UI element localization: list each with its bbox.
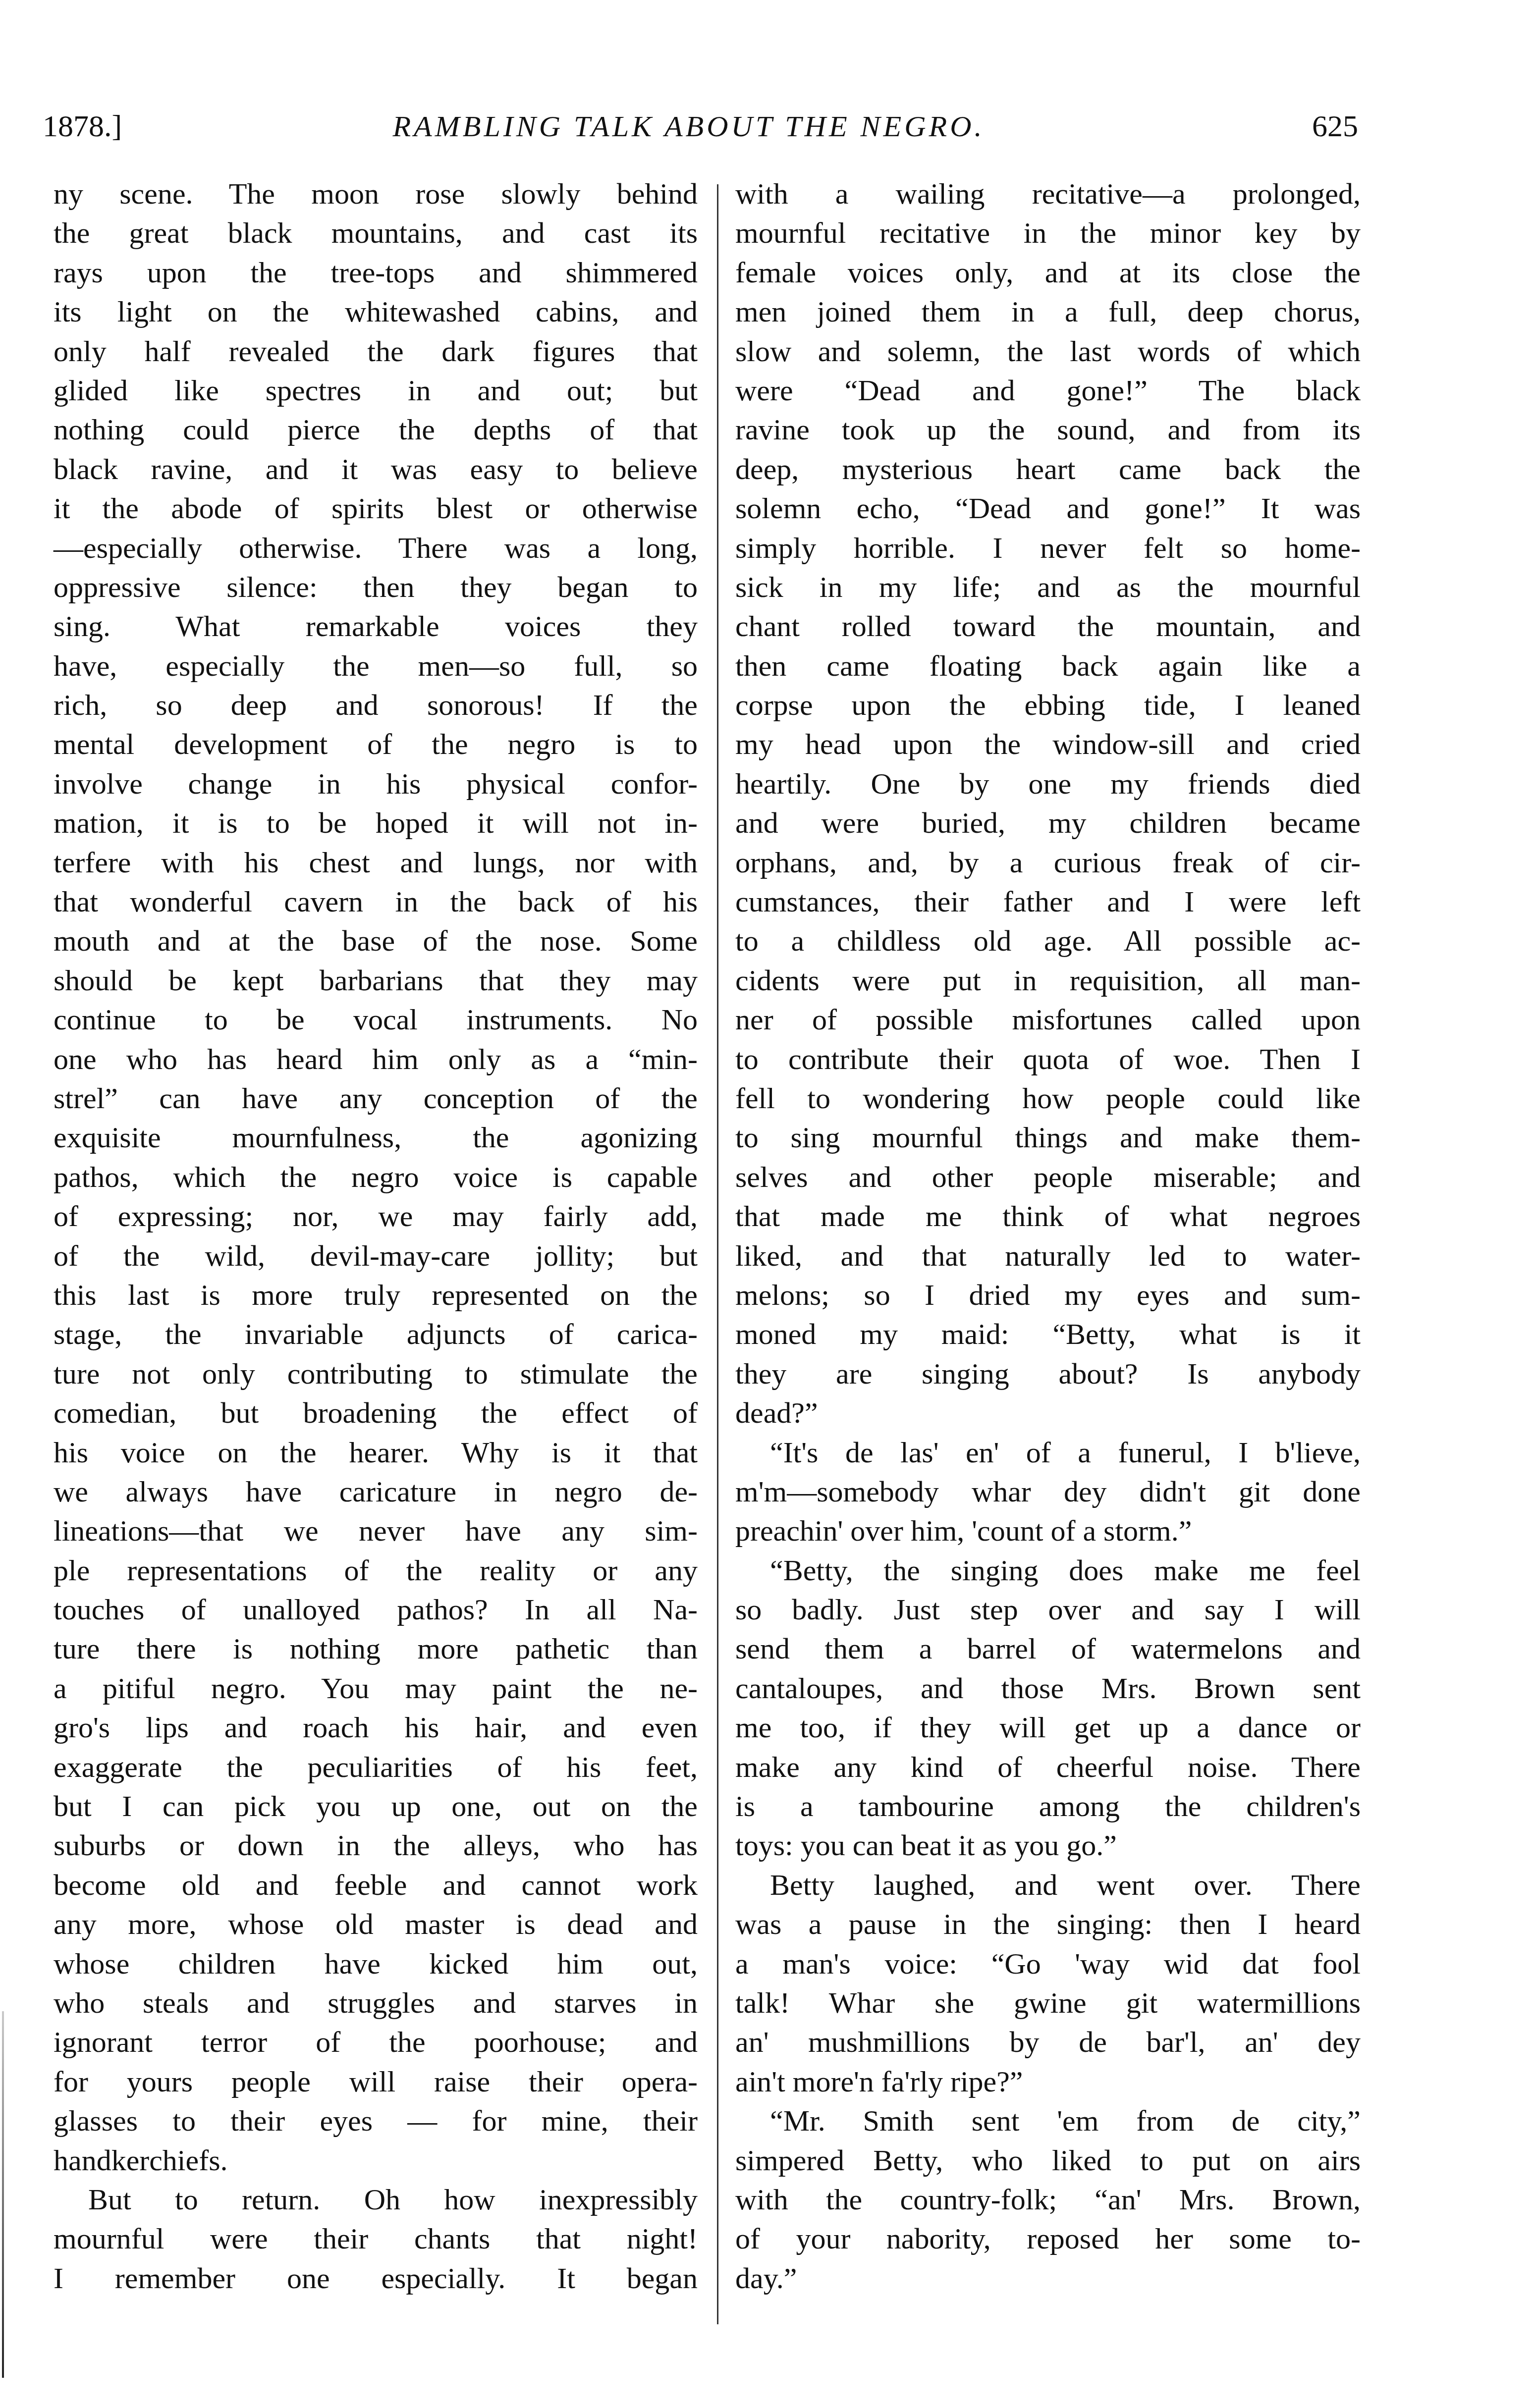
text-line: nothing could pierce the depths of that bbox=[54, 410, 698, 449]
text-line: rays upon the tree-tops and shimmered bbox=[54, 253, 698, 292]
text-line: cantaloupes, and those Mrs. Brown sent bbox=[735, 1669, 1361, 1708]
text-line: “It's de las' en' of a funerul, I b'liev… bbox=[735, 1433, 1361, 1472]
right-text-column: with a wailing recitative—a prolonged,mo… bbox=[735, 174, 1361, 2298]
text-line: have, especially the men—so full, so bbox=[54, 646, 698, 686]
left-text-column: ny scene. The moon rose slowly behindthe… bbox=[54, 174, 698, 2298]
text-line: with a wailing recitative—a prolonged, bbox=[735, 174, 1361, 214]
text-line: strel” can have any conception of the bbox=[54, 1079, 698, 1118]
binding-edge-line bbox=[2, 2011, 4, 2378]
text-line: liked, and that naturally led to water- bbox=[735, 1236, 1361, 1276]
text-line: comedian, but broadening the effect of bbox=[54, 1393, 698, 1433]
text-line: a man's voice: “Go 'way wid dat fool bbox=[735, 1944, 1361, 1983]
text-line: —especially otherwise. There was a long, bbox=[54, 529, 698, 568]
text-line: touches of unalloyed pathos? In all Na- bbox=[54, 1590, 698, 1629]
page-number: 625 bbox=[1312, 102, 1358, 151]
text-line: orphans, and, by a curious freak of cir- bbox=[735, 843, 1361, 882]
text-line: is a tambourine among the children's bbox=[735, 1787, 1361, 1826]
text-line: with the country-folk; “an' Mrs. Brown, bbox=[735, 2180, 1361, 2219]
text-line: involve change in his physical confor- bbox=[54, 764, 698, 803]
text-line: my head upon the window-sill and cried bbox=[735, 725, 1361, 764]
text-line: men joined them in a full, deep chorus, bbox=[735, 292, 1361, 331]
text-line: cidents were put in requisition, all man… bbox=[735, 961, 1361, 1000]
text-line: mation, it is to be hoped it will not in… bbox=[54, 803, 698, 843]
text-line: whose children have kicked him out, bbox=[54, 1944, 698, 1983]
text-line: ner of possible misfortunes called upon bbox=[735, 1000, 1361, 1039]
text-line: slow and solemn, the last words of which bbox=[735, 332, 1361, 371]
text-line: lineations—that we never have any sim- bbox=[54, 1511, 698, 1551]
text-line: mouth and at the base of the nose. Some bbox=[54, 921, 698, 961]
text-line: that made me think of what negroes bbox=[735, 1197, 1361, 1236]
text-line: But to return. Oh how inexpressibly bbox=[54, 2180, 698, 2219]
text-line: fell to wondering how people could like bbox=[735, 1079, 1361, 1118]
text-line: only half revealed the dark figures that bbox=[54, 332, 698, 371]
text-line: toys: you can beat it as you go.” bbox=[735, 1826, 1361, 1865]
text-line: so badly. Just step over and say I will bbox=[735, 1590, 1361, 1629]
text-line: that wonderful cavern in the back of his bbox=[54, 882, 698, 921]
text-line: mournful recitative in the minor key by bbox=[735, 214, 1361, 253]
text-line: day.” bbox=[735, 2259, 1361, 2298]
text-line: sing. What remarkable voices they bbox=[54, 607, 698, 646]
text-line: “Mr. Smith sent 'em from de city,” bbox=[735, 2101, 1361, 2140]
text-line: heartily. One by one my friends died bbox=[735, 764, 1361, 803]
text-line: the great black mountains, and cast its bbox=[54, 214, 698, 253]
text-line: to contribute their quota of woe. Then I bbox=[735, 1040, 1361, 1079]
text-line: pathos, which the negro voice is capable bbox=[54, 1158, 698, 1197]
text-line: should be kept barbarians that they may bbox=[54, 961, 698, 1000]
text-line: it the abode of spirits blest or otherwi… bbox=[54, 489, 698, 528]
text-line: exaggerate the peculiarities of his feet… bbox=[54, 1748, 698, 1787]
text-line: ple representations of the reality or an… bbox=[54, 1551, 698, 1590]
text-line: for yours people will raise their opera- bbox=[54, 2062, 698, 2101]
text-line: simply horrible. I never felt so home- bbox=[735, 529, 1361, 568]
running-header: 1878.] RAMBLING TALK ABOUT THE NEGRO. 62… bbox=[0, 102, 1536, 151]
text-line: ture not only contributing to stimulate … bbox=[54, 1354, 698, 1393]
text-line: of the wild, devil-may-care jollity; but bbox=[54, 1236, 698, 1276]
text-line: continue to be vocal instruments. No bbox=[54, 1000, 698, 1039]
text-line: me too, if they will get up a dance or bbox=[735, 1708, 1361, 1747]
text-line: Betty laughed, and went over. There bbox=[735, 1866, 1361, 1905]
text-line: this last is more truly represented on t… bbox=[54, 1276, 698, 1315]
text-line: mental development of the negro is to bbox=[54, 725, 698, 764]
text-line: m'm—somebody whar dey didn't git done bbox=[735, 1472, 1361, 1511]
text-line: one who has heard him only as a “min- bbox=[54, 1040, 698, 1079]
text-line: dead?” bbox=[735, 1393, 1361, 1433]
text-line: but I can pick you up one, out on the bbox=[54, 1787, 698, 1826]
text-line: “Betty, the singing does make me feel bbox=[735, 1551, 1361, 1590]
header-title: RAMBLING TALK ABOUT THE NEGRO. bbox=[0, 102, 1377, 151]
text-line: its light on the whitewashed cabins, and bbox=[54, 292, 698, 331]
text-line: black ravine, and it was easy to believe bbox=[54, 450, 698, 489]
text-line: stage, the invariable adjuncts of carica… bbox=[54, 1315, 698, 1354]
text-line: moned my maid: “Betty, what is it bbox=[735, 1315, 1361, 1354]
text-line: selves and other people miserable; and bbox=[735, 1158, 1361, 1197]
text-line: gro's lips and roach his hair, and even bbox=[54, 1708, 698, 1747]
text-line: we always have caricature in negro de- bbox=[54, 1472, 698, 1511]
text-line: an' mushmillions by de bar'l, an' dey bbox=[735, 2023, 1361, 2062]
text-line: suburbs or down in the alleys, who has bbox=[54, 1826, 698, 1865]
text-line: were “Dead and gone!” The black bbox=[735, 371, 1361, 410]
text-line: talk! Whar she gwine git watermillions bbox=[735, 1983, 1361, 2023]
text-line: simpered Betty, who liked to put on airs bbox=[735, 2141, 1361, 2180]
text-line: and were buried, my children became bbox=[735, 803, 1361, 843]
text-line: ny scene. The moon rose slowly behind bbox=[54, 174, 698, 214]
text-line: chant rolled toward the mountain, and bbox=[735, 607, 1361, 646]
text-line: glided like spectres in and out; but bbox=[54, 371, 698, 410]
text-line: to sing mournful things and make them- bbox=[735, 1118, 1361, 1157]
text-line: was a pause in the singing: then I heard bbox=[735, 1905, 1361, 1944]
text-line: they are singing about? Is anybody bbox=[735, 1354, 1361, 1393]
text-line: sick in my life; and as the mournful bbox=[735, 568, 1361, 607]
column-divider-rule bbox=[717, 184, 718, 2324]
text-line: preachin' over him, 'count of a storm.” bbox=[735, 1511, 1361, 1551]
text-line: who steals and struggles and starves in bbox=[54, 1983, 698, 2023]
text-line: glasses to their eyes — for mine, their bbox=[54, 2101, 698, 2140]
text-line: to a childless old age. All possible ac- bbox=[735, 921, 1361, 961]
text-line: corpse upon the ebbing tide, I leaned bbox=[735, 686, 1361, 725]
text-line: handkerchiefs. bbox=[54, 2141, 698, 2180]
text-line: mournful were their chants that night! bbox=[54, 2219, 698, 2258]
text-line: deep, mysterious heart came back the bbox=[735, 450, 1361, 489]
text-line: melons; so I dried my eyes and sum- bbox=[735, 1276, 1361, 1315]
text-line: a pitiful negro. You may paint the ne- bbox=[54, 1669, 698, 1708]
text-line: cumstances, their father and I were left bbox=[735, 882, 1361, 921]
text-line: of your nabority, reposed her some to- bbox=[735, 2219, 1361, 2258]
text-line: female voices only, and at its close the bbox=[735, 253, 1361, 292]
text-line: rich, so deep and sonorous! If the bbox=[54, 686, 698, 725]
text-line: I remember one especially. It began bbox=[54, 2259, 698, 2298]
text-line: then came floating back again like a bbox=[735, 646, 1361, 686]
text-line: exquisite mournfulness, the agonizing bbox=[54, 1118, 698, 1157]
text-line: become old and feeble and cannot work bbox=[54, 1866, 698, 1905]
text-line: solemn echo, “Dead and gone!” It was bbox=[735, 489, 1361, 528]
text-line: any more, whose old master is dead and bbox=[54, 1905, 698, 1944]
text-line: terfere with his chest and lungs, nor wi… bbox=[54, 843, 698, 882]
text-line: his voice on the hearer. Why is it that bbox=[54, 1433, 698, 1472]
text-line: send them a barrel of watermelons and bbox=[735, 1629, 1361, 1668]
text-line: ravine took up the sound, and from its bbox=[735, 410, 1361, 449]
text-line: oppressive silence: then they began to bbox=[54, 568, 698, 607]
text-line: ignorant terror of the poorhouse; and bbox=[54, 2023, 698, 2062]
text-line: of expressing; nor, we may fairly add, bbox=[54, 1197, 698, 1236]
text-line: ture there is nothing more pathetic than bbox=[54, 1629, 698, 1668]
text-line: make any kind of cheerful noise. There bbox=[735, 1748, 1361, 1787]
text-line: ain't more'n fa'rly ripe?” bbox=[735, 2062, 1361, 2101]
